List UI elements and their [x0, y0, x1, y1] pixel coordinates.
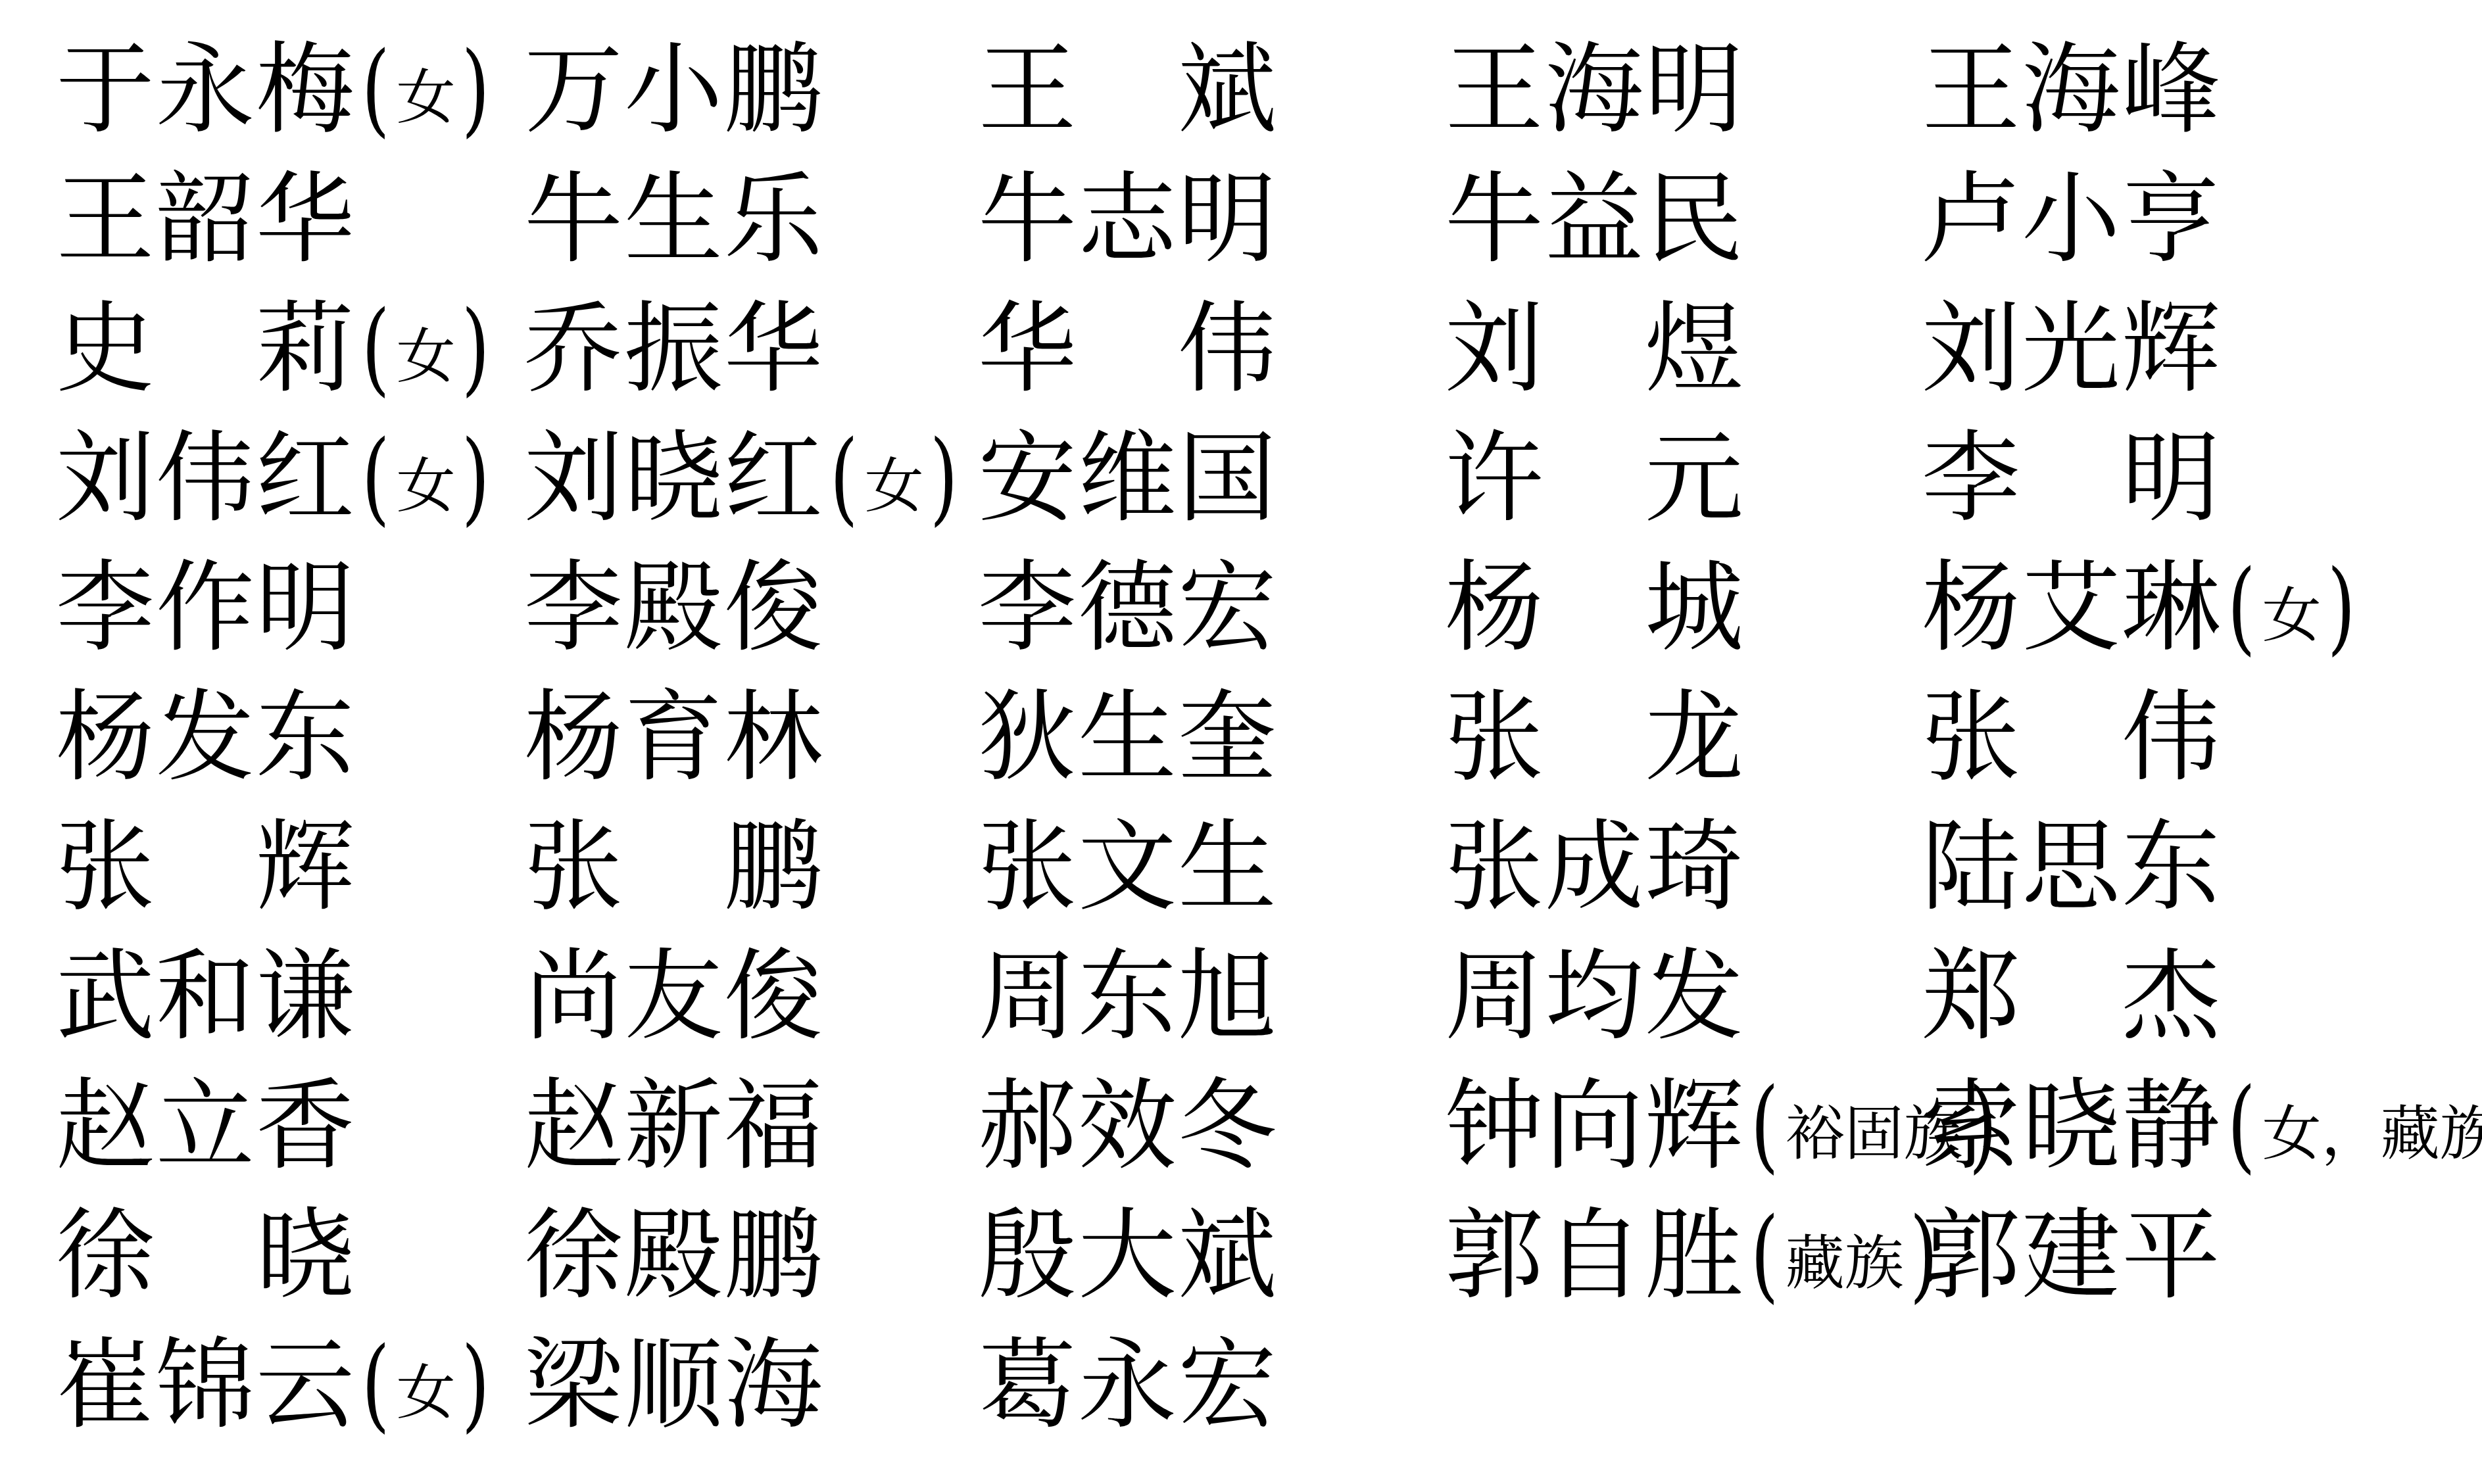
- note-close-paren: ): [461, 1335, 490, 1435]
- person-note: 女: [397, 322, 456, 391]
- person-name-text: 刘光辉: [1922, 292, 2222, 406]
- person-name-text: 李殿俊: [524, 551, 824, 665]
- person-name: 崔锦云(女): [56, 1335, 524, 1435]
- person-name-text: 安维国: [978, 421, 1278, 536]
- person-name: 卢小亨: [1922, 170, 2482, 269]
- person-name: 乔振华: [524, 300, 978, 398]
- person-name-text: 钟向辉: [1445, 1069, 1745, 1184]
- person-name: 杨育林: [524, 688, 978, 787]
- person-name-text: 徐殿鹏: [524, 1199, 824, 1313]
- note-open-paren: (: [1751, 1205, 1780, 1306]
- person-name-text: 郑 杰: [1922, 940, 2222, 1054]
- person-name-text: 李 明: [1922, 421, 2222, 536]
- note-open-paren: (: [2227, 1076, 2256, 1176]
- person-name: 于永梅(女): [56, 39, 524, 140]
- person-name: 华 伟: [978, 300, 1445, 398]
- note-close-paren: ): [1968, 1076, 1997, 1176]
- person-name-text: 张 鹏: [524, 810, 824, 924]
- person-name: 徐殿鹏: [524, 1207, 978, 1305]
- person-name-text: 周均发: [1445, 940, 1745, 1054]
- person-name: 王海峰: [1922, 41, 2482, 139]
- note-close-paren: ): [461, 299, 490, 399]
- person-name: 张 龙: [1445, 688, 1922, 787]
- person-name-text: 杨 城: [1445, 551, 1745, 665]
- person-name: 刘光辉: [1922, 300, 2482, 398]
- person-name-text: 张 龙: [1445, 681, 1745, 795]
- person-note: 女: [397, 452, 456, 521]
- person-name-text: 赵立香: [56, 1069, 356, 1184]
- person-name-text: 武和谦: [56, 940, 356, 1054]
- person-name-text: 张 辉: [56, 810, 356, 924]
- person-note: 女: [397, 1358, 456, 1427]
- person-name: 刘 煜: [1445, 300, 1922, 398]
- person-name-text: 张 伟: [1922, 681, 2222, 795]
- note-open-paren: (: [362, 428, 391, 529]
- note-open-paren: (: [362, 299, 391, 399]
- person-name-text: 刘伟红: [56, 421, 356, 536]
- person-name: 杨 城: [1445, 559, 1922, 658]
- person-name: 周东旭: [978, 947, 1445, 1046]
- person-name: 索晓静(女，藏族): [1922, 1076, 2482, 1176]
- note-close-paren: ): [2327, 558, 2356, 658]
- person-name: 张成琦: [1445, 818, 1922, 917]
- person-name-text: 徐 晓: [56, 1199, 356, 1313]
- person-name-text: 牛益民: [1445, 162, 1745, 277]
- person-name-text: 乔振华: [524, 292, 824, 406]
- person-name: 李德宏: [978, 559, 1445, 658]
- person-name: 尚友俊: [524, 947, 978, 1046]
- person-name: 郑 杰: [1922, 947, 2482, 1046]
- note-close-paren: ): [461, 39, 490, 140]
- person-name: 殷大斌: [978, 1207, 1445, 1305]
- person-name-text: 尚友俊: [524, 940, 824, 1054]
- person-note: 女: [2262, 581, 2322, 650]
- person-name-text: 索晓静: [1922, 1069, 2222, 1184]
- person-name: 王 斌: [978, 41, 1445, 139]
- person-name: 葛永宏: [978, 1336, 1445, 1435]
- person-name-text: 王 斌: [978, 33, 1278, 147]
- person-name: 王海明: [1445, 41, 1922, 139]
- person-name: 史 莉(女): [56, 299, 524, 399]
- person-name: 张 鹏: [524, 818, 978, 917]
- person-name: 牛生乐: [524, 170, 978, 269]
- person-name: 万小鹏: [524, 41, 978, 139]
- person-name-text: 赵新福: [524, 1069, 824, 1184]
- person-name-text: 梁顺海: [524, 1328, 824, 1443]
- person-name: 赵立香: [56, 1077, 524, 1176]
- person-name: 刘伟红(女): [56, 428, 524, 529]
- person-name: 周均发: [1445, 947, 1922, 1046]
- person-name: 许 元: [1445, 429, 1922, 528]
- person-name-text: 李德宏: [978, 551, 1278, 665]
- person-name-text: 郝效冬: [978, 1069, 1278, 1184]
- person-name: 李作明: [56, 559, 524, 658]
- person-name-text: 崔锦云: [56, 1328, 356, 1443]
- note-open-paren: (: [2227, 558, 2256, 658]
- person-name-text: 王海峰: [1922, 33, 2222, 147]
- note-open-paren: (: [1751, 1076, 1780, 1176]
- person-name: 安维国: [978, 429, 1445, 528]
- person-note: 女: [397, 63, 456, 132]
- person-name: 杨发东: [56, 688, 524, 787]
- person-name-text: 张文生: [978, 810, 1278, 924]
- person-name-text: 万小鹏: [524, 33, 824, 147]
- person-name-text: 华 伟: [978, 292, 1278, 406]
- person-name-text: 陆思东: [1922, 810, 2222, 924]
- person-name-text: 葛永宏: [978, 1328, 1278, 1443]
- person-note: 女: [865, 452, 924, 521]
- person-name-text: 卢小亨: [1922, 162, 2222, 277]
- person-name: 赵新福: [524, 1077, 978, 1176]
- person-name: 郭建平: [1922, 1207, 2482, 1305]
- person-name-text: 于永梅: [56, 33, 356, 147]
- person-name-text: 李作明: [56, 551, 356, 665]
- person-name: 狄生奎: [978, 688, 1445, 787]
- note-close-paren: ): [1909, 1205, 1938, 1306]
- note-open-paren: (: [362, 39, 391, 140]
- person-name: 梁顺海: [524, 1336, 978, 1435]
- person-name-text: 杨发东: [56, 681, 356, 795]
- person-note: 藏族: [1786, 1229, 1904, 1298]
- person-name: 张 辉: [56, 818, 524, 917]
- person-name: 郭自胜(藏族): [1445, 1205, 1922, 1306]
- person-name: 郝效冬: [978, 1077, 1445, 1176]
- person-name-text: 王韶华: [56, 162, 356, 277]
- person-name-text: 刘 煜: [1445, 292, 1745, 406]
- person-name: 李殿俊: [524, 559, 978, 658]
- person-name-text: 郭建平: [1922, 1199, 2222, 1313]
- person-name-text: 牛生乐: [524, 162, 824, 277]
- person-name: 李 明: [1922, 429, 2482, 528]
- person-name-text: 王海明: [1445, 33, 1745, 147]
- person-name-text: 刘晓红: [524, 421, 824, 536]
- person-name: 张 伟: [1922, 688, 2482, 787]
- person-name: 刘晓红(女): [524, 428, 978, 529]
- note-open-paren: (: [830, 428, 859, 529]
- person-name-text: 许 元: [1445, 421, 1745, 536]
- person-name: 张文生: [978, 818, 1445, 917]
- note-close-paren: ): [929, 428, 958, 529]
- person-name-text: 狄生奎: [978, 681, 1278, 795]
- person-name-text: 杨育林: [524, 681, 824, 795]
- name-roster: 于永梅(女)万小鹏王 斌王海明王海峰王韶华牛生乐牛志明牛益民卢小亨史 莉(女)乔…: [0, 0, 2482, 1484]
- person-name-text: 杨艾琳: [1922, 551, 2222, 665]
- person-name: 武和谦: [56, 947, 524, 1046]
- person-name: 杨艾琳(女): [1922, 558, 2482, 658]
- person-name: 牛志明: [978, 170, 1445, 269]
- person-name-text: 张成琦: [1445, 810, 1745, 924]
- person-name-text: 周东旭: [978, 940, 1278, 1054]
- person-name-text: 牛志明: [978, 162, 1278, 277]
- person-name: 牛益民: [1445, 170, 1922, 269]
- person-name: 钟向辉(裕固族): [1445, 1076, 1922, 1176]
- person-name: 王韶华: [56, 170, 524, 269]
- note-open-paren: (: [362, 1335, 391, 1435]
- person-name: 徐 晓: [56, 1207, 524, 1305]
- person-name-text: 殷大斌: [978, 1199, 1278, 1313]
- person-note: 女，藏族: [2262, 1099, 2482, 1168]
- person-name-text: 郭自胜: [1445, 1199, 1745, 1313]
- person-name: 陆思东: [1922, 818, 2482, 917]
- note-close-paren: ): [461, 428, 490, 529]
- person-name-text: 史 莉: [56, 292, 356, 406]
